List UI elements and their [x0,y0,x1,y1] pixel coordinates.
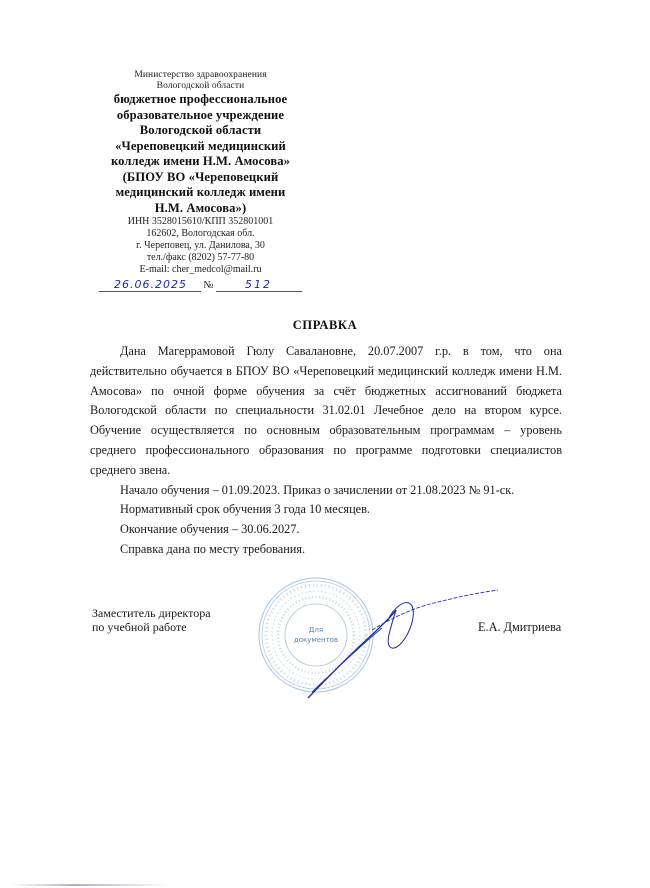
org-line: бюджетное профессиональное [88,92,313,108]
document-title: СПРАВКА [0,318,650,333]
org-line: колледж имени Н.М. Амосова» [88,154,313,170]
reference-line: 26.06.2025 № 512 [88,278,313,292]
org-line: (БПОУ ВО «Череповецкий [88,170,313,186]
purpose-line: Справка дана по месту требования. [90,540,562,560]
ministry-line-2: Вологодской области [88,81,313,92]
handwritten-signature-icon [300,580,500,700]
org-line: медицинский колледж имени [88,185,313,201]
inn-kpp: ИНН 3528015610/КПП 352801001 [88,216,313,228]
org-line: Вологодской области [88,123,313,139]
org-line: «Череповецкий медицинский [88,139,313,155]
org-line: образовательное учреждение [88,108,313,124]
ref-number-handwritten: 512 [216,279,302,292]
document-body: Дана Магеррамовой Гюлу Саваланoвне, 20.0… [90,342,562,560]
address-line-2: г. Череповец, ул. Данилова, 30 [88,240,313,252]
signatory-name: Е.А. Дмитриева [478,620,561,635]
phone: тел./факс (8202) 57-77-80 [88,252,313,264]
main-paragraph: Дана Магеррамовой Гюлу Саваланoвне, 20.0… [90,342,562,481]
letterhead: Министерство здравоохранения Вологодской… [88,70,313,292]
duration-line: Нормативный срок обучения 3 года 10 меся… [90,500,562,520]
ref-date-handwritten: 26.06.2025 [99,279,201,292]
ministry-line-1: Министерство здравоохранения [88,70,313,81]
scan-edge-artifact [10,884,170,886]
org-line: Н.М. Амосова») [88,201,313,217]
email: E-mail: cher_medcol@mail.ru [88,264,313,276]
position-line-1: Заместитель директора [92,606,211,620]
position-line-2: по учебной работе [92,620,211,634]
start-of-study-line: Начало обучения – 01.09.2023. Приказ о з… [90,481,562,501]
end-of-study-line: Окончание обучения – 30.06.2027. [90,520,562,540]
address-line-1: 162602, Вологодская обл. [88,228,313,240]
ref-no-label: № [203,280,213,292]
signatory-position: Заместитель директора по учебной работе [92,606,211,634]
document-page: Министерство здравоохранения Вологодской… [0,0,650,888]
